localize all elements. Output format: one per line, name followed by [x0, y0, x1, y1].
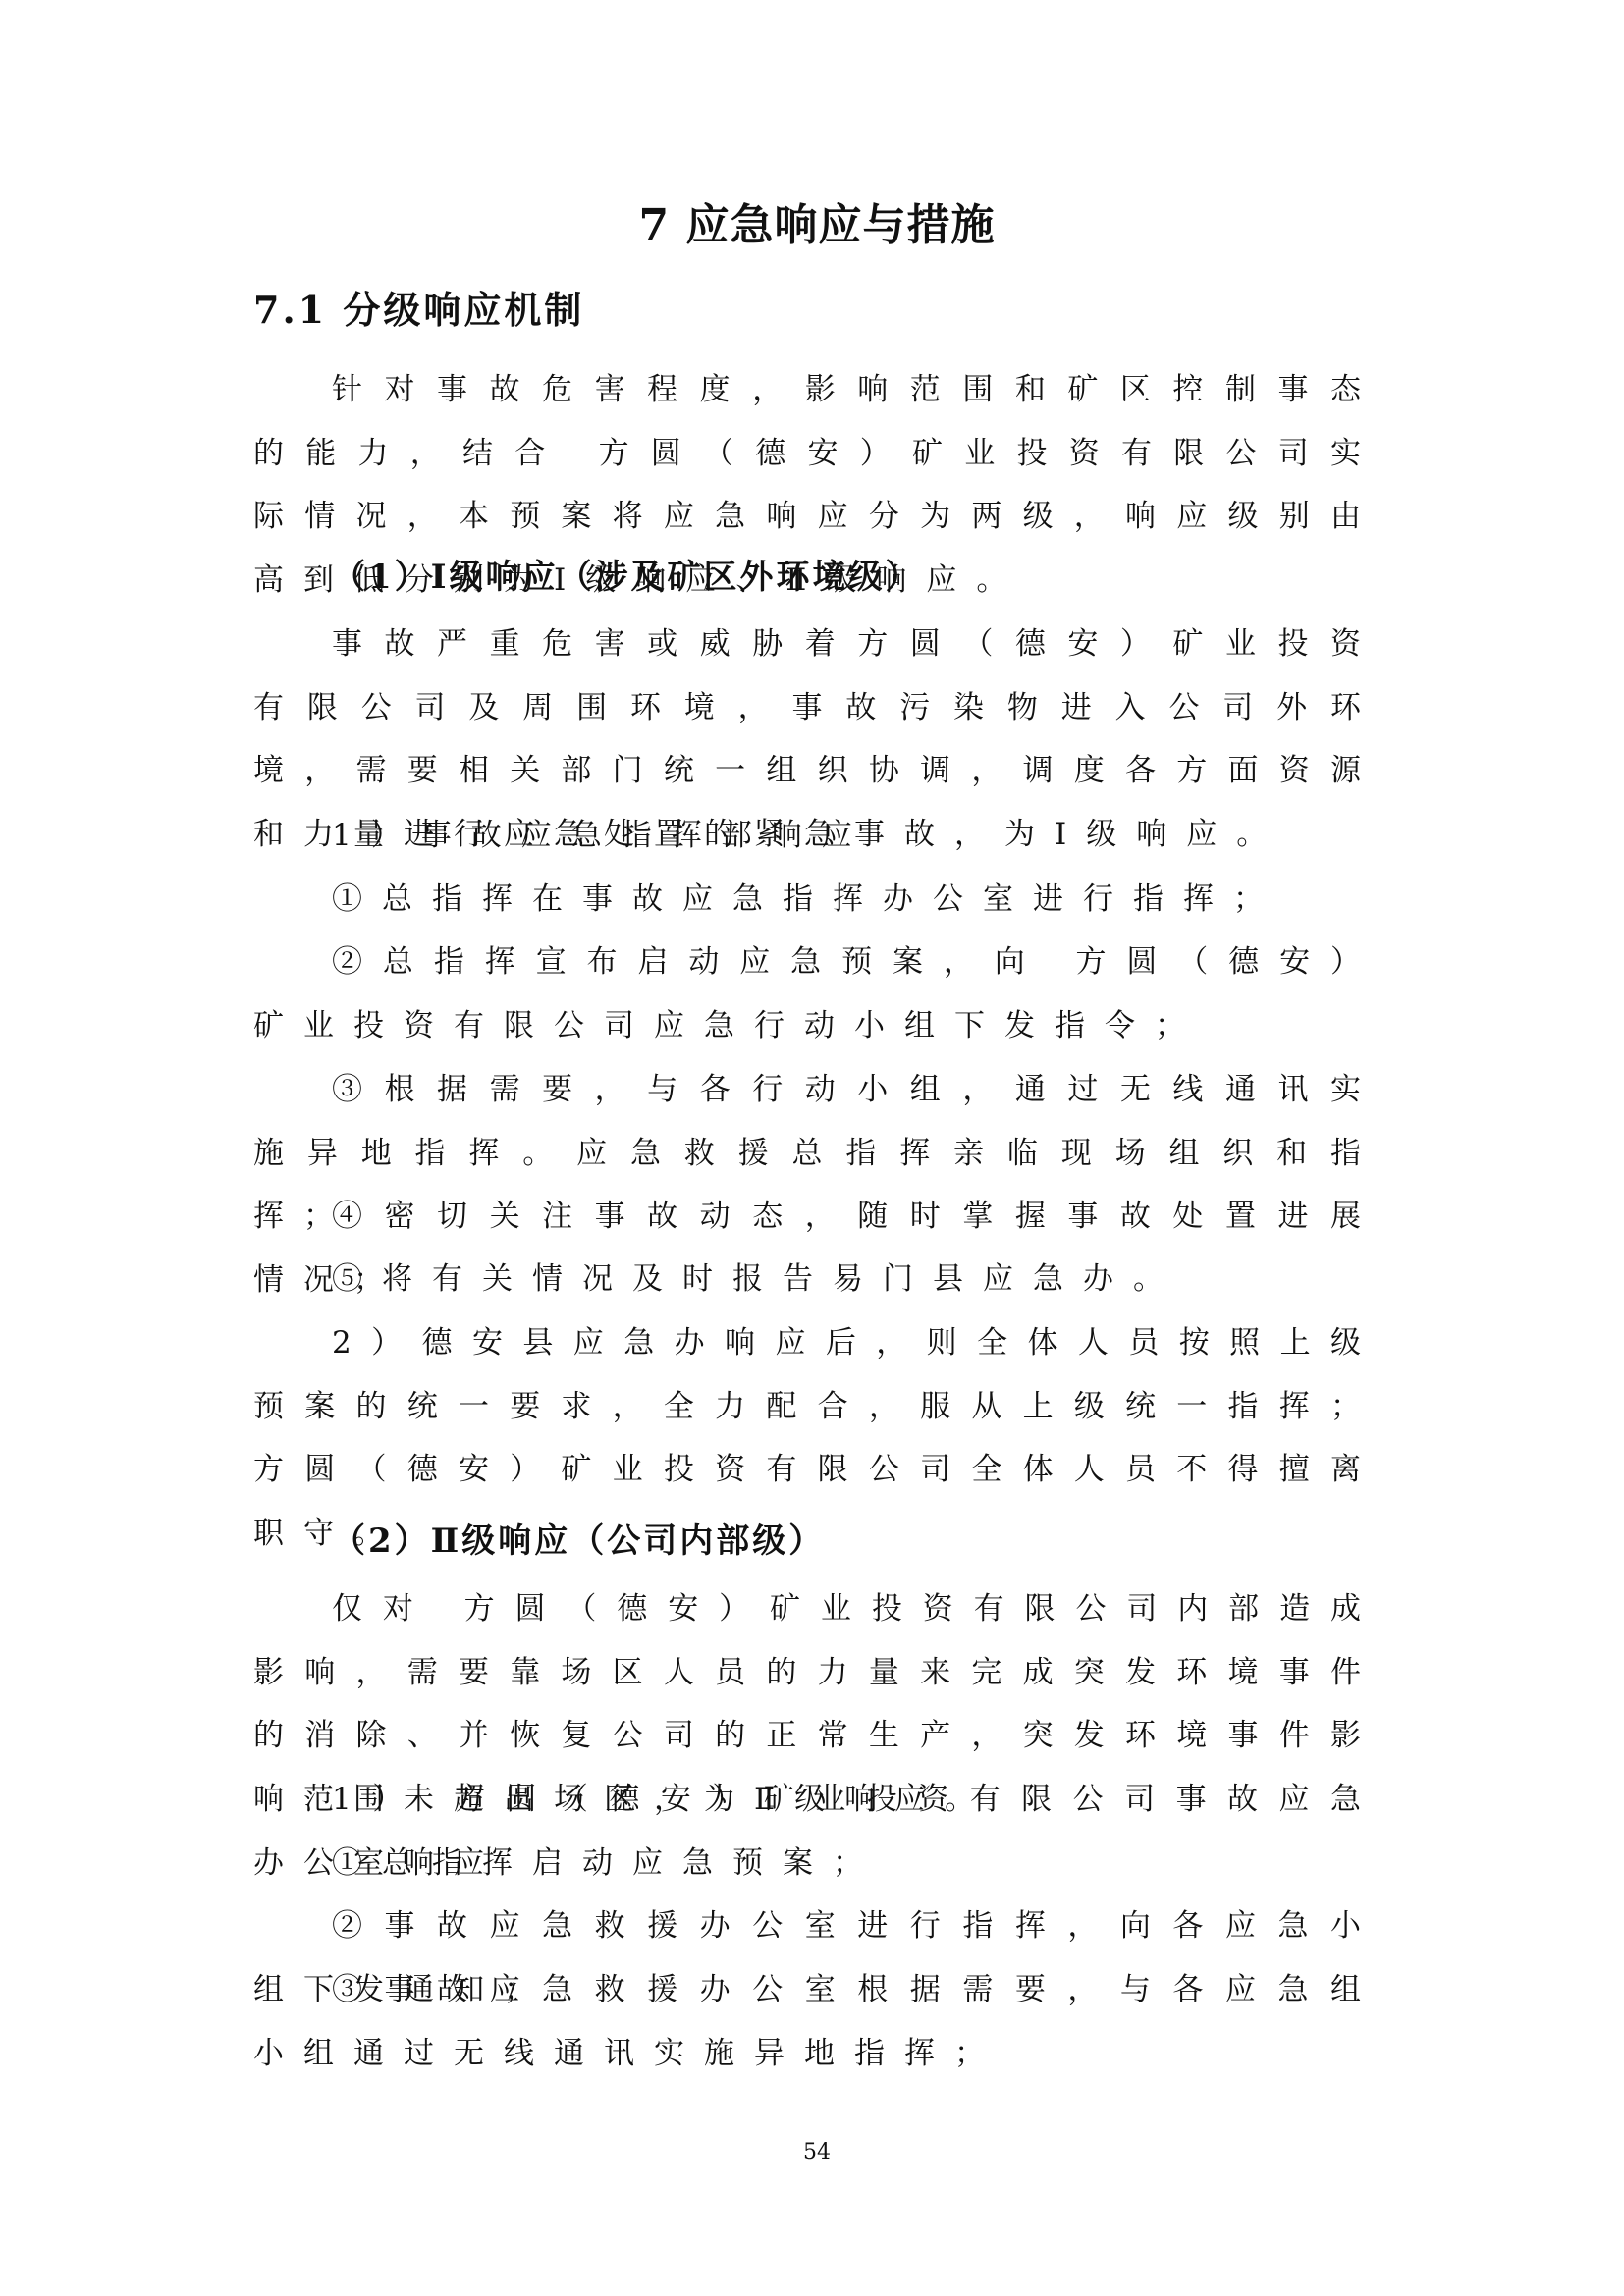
- section-title: 7.1 分级响应机制: [253, 283, 584, 338]
- chapter-title: 7 应急响应与措施: [253, 196, 1380, 255]
- level2-heading: （2）Ⅱ级响应（公司内部级）: [332, 1514, 825, 1569]
- level2-item-3: ③事故应急救援办公室根据需要，与各应急组小组通过无线通讯实施异地指挥；: [253, 1958, 1380, 2085]
- level1-heading: （1）Ⅰ级响应（涉及矿区外环境级）: [332, 550, 922, 605]
- level1-sub1-title: 1）事故应急指挥部响应: [253, 804, 1380, 868]
- level2-item-1: ①总指挥启动应急预案；: [253, 1832, 1380, 1896]
- level1-item-2: ②总指挥宣布启动应急预案，向 方圆（德安）矿业投资有限公司应急行动小组下发指令；: [253, 931, 1380, 1057]
- page-number: 54: [253, 2138, 1380, 2167]
- level1-item-5: ⑤将有关情况及时报告易门县应急办。: [253, 1248, 1380, 1311]
- level1-item-1: ①总指挥在事故应急指挥办公室进行指挥；: [253, 868, 1380, 932]
